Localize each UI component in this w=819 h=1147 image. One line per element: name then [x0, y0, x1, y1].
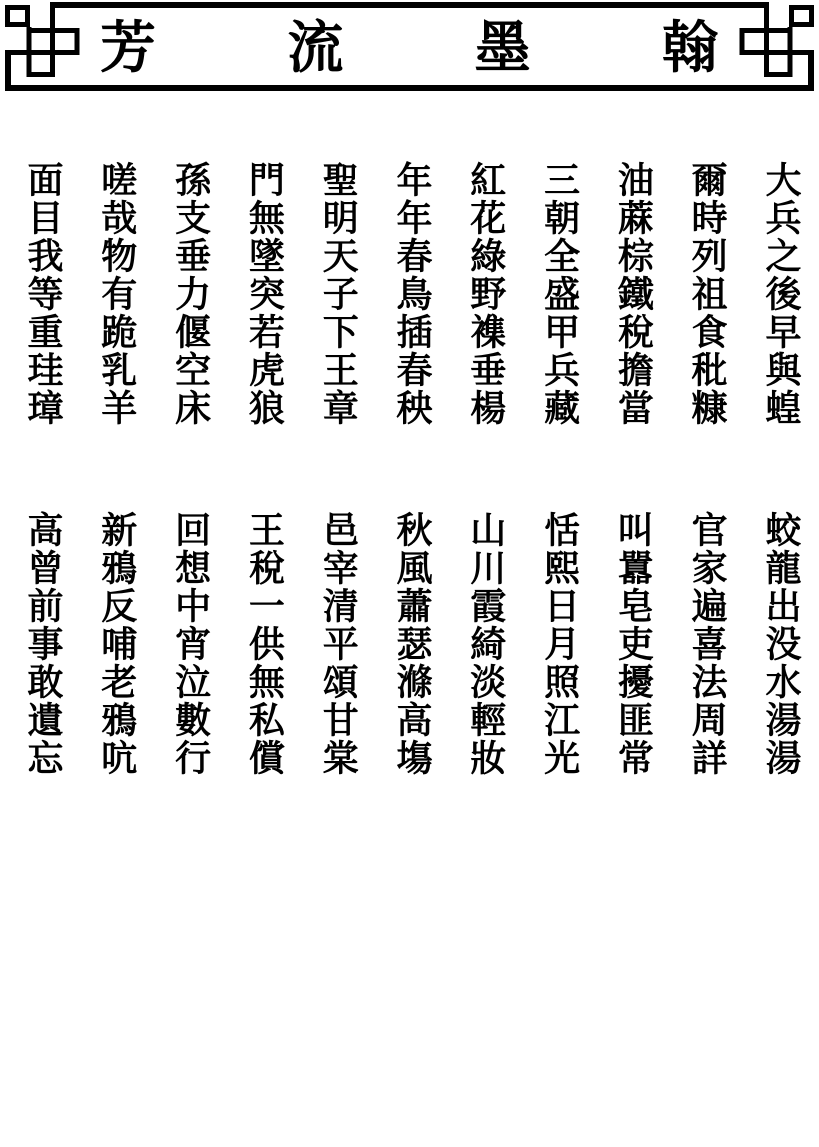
verse-column: 大兵之後早與蝗	[762, 161, 800, 429]
verse-column: 門無墜突若虎狼	[245, 161, 283, 429]
corner-fret-right-icon	[740, 2, 812, 77]
corner-fret-left-icon	[8, 2, 80, 77]
verse-row-2: 蛟龍出没水湯湯 官家遍喜法周詳 叫囂皂吏擾匪常 恬熙日月照江光 山川霞綺淡輕妝 …	[24, 511, 800, 781]
verse-column: 聖明天子下王章	[319, 161, 357, 429]
verse-column: 回想中宵泣數行	[172, 511, 210, 779]
verse-column: 紅花綠野襍垂楊	[467, 161, 505, 429]
verse-column: 叫囂皂吏擾匪常	[614, 511, 652, 779]
verse-column: 邑宰清平頌甘棠	[319, 511, 357, 779]
verse-column: 官家遍喜法周詳	[688, 511, 726, 779]
title-char: 芳	[100, 21, 156, 77]
verse-column: 新鴉反哺老鴉吭	[98, 511, 136, 779]
title-char: 翰	[662, 21, 718, 77]
verse-column: 秋風蕭瑟滌高塲	[393, 511, 431, 779]
verse-column: 嗟哉物有跪乳羊	[98, 161, 136, 429]
title-char: 流	[287, 21, 343, 77]
page-title: 翰 墨 流 芳	[100, 15, 718, 83]
verse-column: 山川霞綺淡輕妝	[467, 511, 505, 779]
verse-column: 孫支垂力偃空床	[172, 161, 210, 429]
verse-row-1: 大兵之後早與蝗 爾時列祖食秕糠 油蔴棕鐵稅擔當 三朝全盛甲兵藏 紅花綠野襍垂楊 …	[24, 161, 800, 431]
verse-column: 恬熙日月照江光	[541, 511, 579, 779]
verse-column: 高曾前事敢遺忘	[24, 511, 62, 779]
title-char: 墨	[475, 21, 531, 77]
verse-column: 三朝全盛甲兵藏	[541, 161, 579, 429]
verse-column: 油蔴棕鐵稅擔當	[614, 161, 652, 429]
verse-column: 蛟龍出没水湯湯	[762, 511, 800, 779]
verse-column: 年年春鳥插春秧	[393, 161, 431, 429]
verse-column: 王稅一供無私償	[245, 511, 283, 779]
title-banner: 翰 墨 流 芳	[0, 0, 819, 100]
verse-column: 爾時列祖食秕糠	[688, 161, 726, 429]
verse-column: 面目我等重珪璋	[24, 161, 62, 429]
